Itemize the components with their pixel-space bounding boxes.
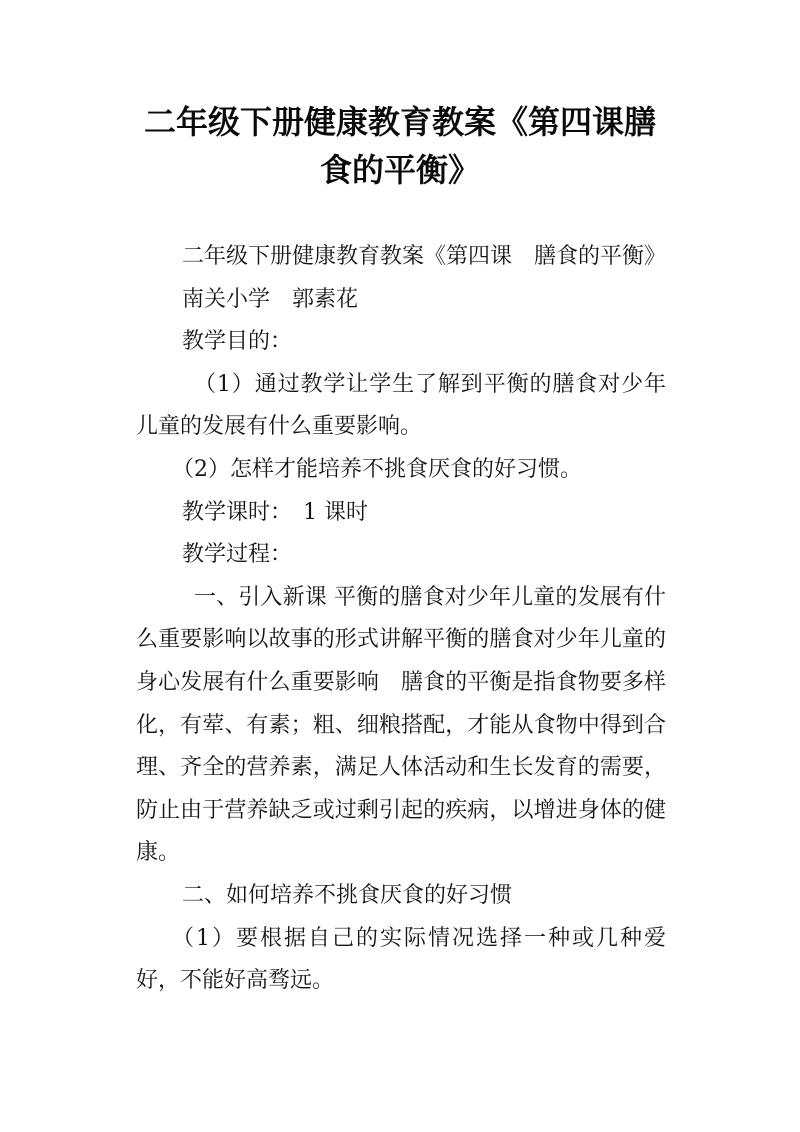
subtitle-paragraph: 二年级下册健康教育教案《第四课 膳食的平衡》	[136, 236, 666, 279]
section-1-paragraph: 一、引入新课 平衡的膳食对少年儿童的发展有什么重要影响以故事的形式讲解平衡的膳食…	[136, 577, 666, 875]
objective-heading: 教学目的：	[136, 321, 666, 364]
title-line-2: 食的平衡》	[120, 146, 680, 194]
document-page: 二年级下册健康教育教案《第四课膳 食的平衡》 二年级下册健康教育教案《第四课 膳…	[0, 0, 800, 1132]
author-paragraph: 南关小学 郭素花	[136, 279, 666, 322]
title-line-1: 二年级下册健康教育教案《第四课膳	[120, 98, 680, 146]
section-2-heading: 二、如何培养不挑食厌食的好习惯	[136, 875, 666, 918]
class-hours-paragraph: 教学课时： 1 课时	[136, 492, 666, 535]
objective-item-1: （1）通过教学让学生了解到平衡的膳食对少年儿童的发展有什么重要影响。	[136, 364, 666, 449]
process-heading: 教学过程：	[136, 534, 666, 577]
objective-item-2: （2）怎样才能培养不挑食厌食的好习惯。	[136, 449, 666, 492]
document-body: 二年级下册健康教育教案《第四课 膳食的平衡》 南关小学 郭素花 教学目的： （1…	[136, 236, 666, 1003]
document-title: 二年级下册健康教育教案《第四课膳 食的平衡》	[120, 98, 680, 194]
section-2-item-1: （1）要根据自己的实际情况选择一种或几种爱好，不能好高骛远。	[136, 918, 666, 1003]
